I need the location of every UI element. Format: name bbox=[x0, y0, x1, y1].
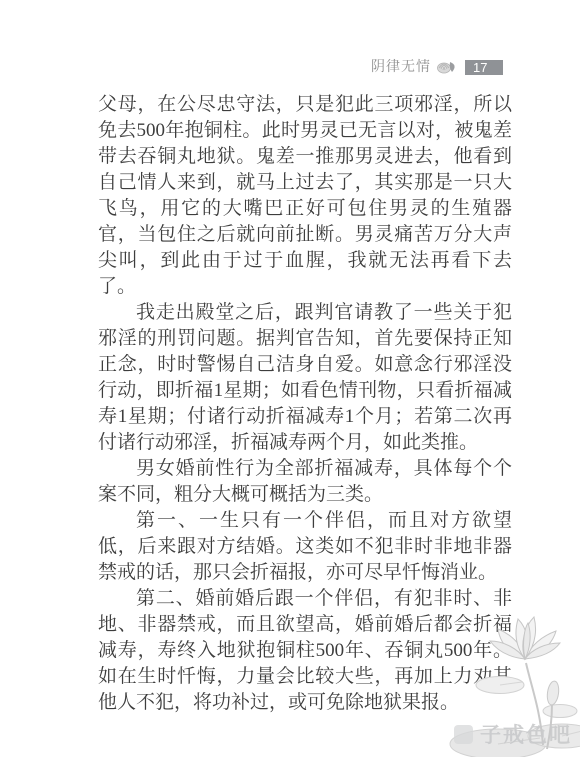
paragraph: 我走出殿堂之后，跟判官请教了一些关于犯邪淫的刑罚问题。据判官告知，首先要保持正知… bbox=[98, 300, 512, 456]
paragraph: 第一、一生只有一个伴侣，而且对方欲望低，后来跟对方结婚。这类如不犯非时非地非器禁… bbox=[98, 508, 512, 586]
lotus-stamp-icon bbox=[436, 58, 460, 76]
book-page: { "header": { "title": "阴律无情", "page_num… bbox=[0, 0, 580, 757]
paragraph: 父母，在公尽忠守法，只是犯此三项邪淫，所以免去500年抱铜柱。此时男灵已无言以对… bbox=[98, 92, 512, 300]
paragraph: 男女婚前性行为全部折福减寿，具体每个个案不同，粗分大概可概括为三类。 bbox=[98, 456, 512, 508]
page-number-badge: 17 bbox=[465, 60, 503, 75]
page-header: 阴律无情 17 bbox=[371, 58, 503, 76]
watermark-logo-icon bbox=[454, 725, 473, 744]
watermark: 子戒色吧 bbox=[454, 719, 572, 749]
watermark-text: 子戒色吧 bbox=[480, 719, 572, 749]
running-head-title: 阴律无情 bbox=[371, 59, 431, 76]
